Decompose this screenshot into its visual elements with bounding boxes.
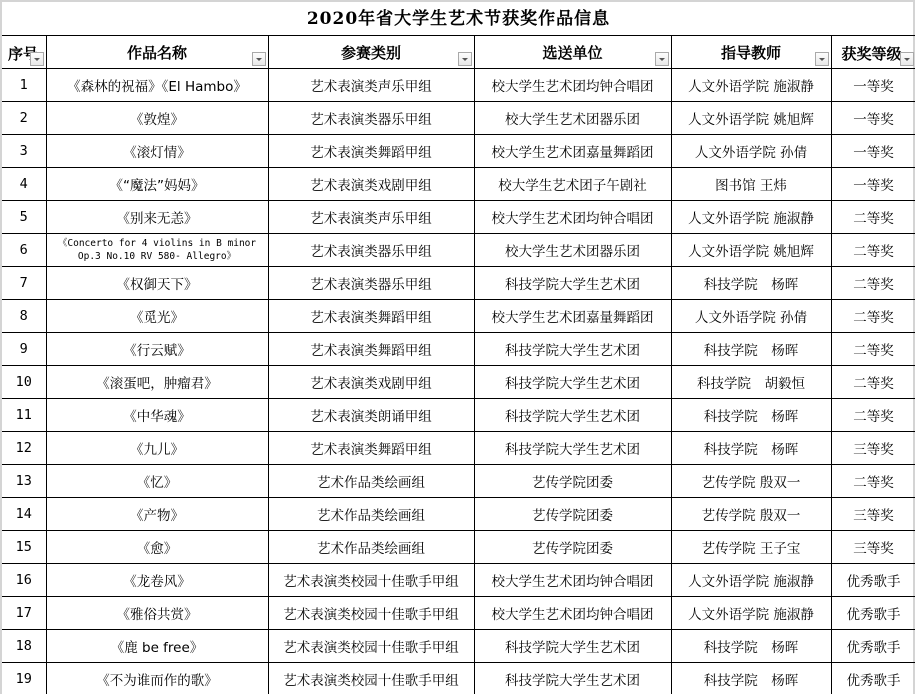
cell-award[interactable]: 优秀歌手 xyxy=(831,630,915,663)
cell-no[interactable]: 1 xyxy=(2,69,46,102)
spreadsheet: 2020年省大学生艺术节获奖作品信息 序号 作品名称 参赛类别 xyxy=(0,0,915,694)
cell-work-title[interactable]: 《愈》 xyxy=(46,531,268,564)
table-row: 6《Concerto for 4 violins in B minor Op.3… xyxy=(2,234,915,267)
filter-dropdown-icon[interactable] xyxy=(252,52,266,66)
cell-award[interactable]: 三等奖 xyxy=(831,531,915,564)
cell-unit[interactable]: 校大学生艺术团均钟合唱团 xyxy=(474,69,671,102)
cell-category[interactable]: 艺术作品类绘画组 xyxy=(268,531,474,564)
cell-unit[interactable]: 艺传学院团委 xyxy=(474,498,671,531)
cell-teacher[interactable]: 人文外语学院 孙倩 xyxy=(671,300,831,333)
cell-teacher[interactable]: 科技学院 杨晖 xyxy=(671,663,831,694)
cell-no[interactable]: 13 xyxy=(2,465,46,498)
cell-category[interactable]: 艺术表演类声乐甲组 xyxy=(268,69,474,102)
cell-unit[interactable]: 科技学院大学生艺术团 xyxy=(474,663,671,694)
filter-dropdown-icon[interactable] xyxy=(900,52,914,66)
cell-no[interactable]: 8 xyxy=(2,300,46,333)
cell-teacher[interactable]: 科技学院 杨晖 xyxy=(671,399,831,432)
cell-teacher[interactable]: 人文外语学院 施淑静 xyxy=(671,564,831,597)
cell-teacher[interactable]: 科技学院 杨晖 xyxy=(671,333,831,366)
cell-award[interactable]: 二等奖 xyxy=(831,300,915,333)
cell-unit[interactable]: 艺传学院团委 xyxy=(474,465,671,498)
cell-category[interactable]: 艺术作品类绘画组 xyxy=(268,465,474,498)
cell-no[interactable]: 18 xyxy=(2,630,46,663)
cell-award[interactable]: 一等奖 xyxy=(831,135,915,168)
cell-category[interactable]: 艺术作品类绘画组 xyxy=(268,498,474,531)
table-row: 11《中华魂》艺术表演类朗诵甲组科技学院大学生艺术团科技学院 杨晖二等奖 xyxy=(2,399,915,432)
table-row: 2《敦煌》艺术表演类器乐甲组校大学生艺术团器乐团人文外语学院 姚旭辉一等奖 xyxy=(2,102,915,135)
cell-no[interactable]: 5 xyxy=(2,201,46,234)
cell-work-title[interactable]: 《Concerto for 4 violins in B minor Op.3 … xyxy=(46,234,268,267)
cell-work-title[interactable]: 《“魔法”妈妈》 xyxy=(46,168,268,201)
cell-category[interactable]: 艺术表演类舞蹈甲组 xyxy=(268,333,474,366)
cell-work-title[interactable]: 《觅光》 xyxy=(46,300,268,333)
cell-teacher[interactable]: 图书馆 王炜 xyxy=(671,168,831,201)
cell-award[interactable]: 二等奖 xyxy=(831,267,915,300)
header-row: 序号 作品名称 参赛类别 选送单位 指导教师 xyxy=(2,36,915,69)
cell-no[interactable]: 7 xyxy=(2,267,46,300)
cell-category[interactable]: 艺术表演类器乐甲组 xyxy=(268,102,474,135)
cell-unit[interactable]: 科技学院大学生艺术团 xyxy=(474,399,671,432)
cell-work-title[interactable]: 《九儿》 xyxy=(46,432,268,465)
cell-teacher[interactable]: 人文外语学院 孙倩 xyxy=(671,135,831,168)
cell-award[interactable]: 二等奖 xyxy=(831,366,915,399)
cell-award[interactable]: 优秀歌手 xyxy=(831,564,915,597)
cell-category[interactable]: 艺术表演类器乐甲组 xyxy=(268,234,474,267)
column-header-unit: 选送单位 xyxy=(474,36,671,69)
cell-work-title[interactable]: 《行云赋》 xyxy=(46,333,268,366)
cell-no[interactable]: 11 xyxy=(2,399,46,432)
cell-work-title[interactable]: 《森林的祝福》《El Hambo》 xyxy=(46,69,268,102)
cell-category[interactable]: 艺术表演类器乐甲组 xyxy=(268,267,474,300)
cell-unit[interactable]: 科技学院大学生艺术团 xyxy=(474,267,671,300)
cell-category[interactable]: 艺术表演类校园十佳歌手甲组 xyxy=(268,663,474,694)
column-header-label: 指导教师 xyxy=(721,42,781,63)
cell-no[interactable]: 19 xyxy=(2,663,46,694)
cell-category[interactable]: 艺术表演类校园十佳歌手甲组 xyxy=(268,597,474,630)
cell-category[interactable]: 艺术表演类校园十佳歌手甲组 xyxy=(268,630,474,663)
table-row: 9《行云赋》艺术表演类舞蹈甲组科技学院大学生艺术团科技学院 杨晖二等奖 xyxy=(2,333,915,366)
table-row: 8《觅光》艺术表演类舞蹈甲组校大学生艺术团嘉量舞蹈团人文外语学院 孙倩二等奖 xyxy=(2,300,915,333)
cell-unit[interactable]: 校大学生艺术团器乐团 xyxy=(474,102,671,135)
column-header-label: 获奖等级 xyxy=(842,43,902,64)
cell-no[interactable]: 3 xyxy=(2,135,46,168)
table-row: 16《龙卷风》艺术表演类校园十佳歌手甲组校大学生艺术团均钟合唱团人文外语学院 施… xyxy=(2,564,915,597)
cell-category[interactable]: 艺术表演类戏剧甲组 xyxy=(268,168,474,201)
column-header-label: 选送单位 xyxy=(542,42,602,63)
cell-unit[interactable]: 校大学生艺术团器乐团 xyxy=(474,234,671,267)
cell-unit[interactable]: 科技学院大学生艺术团 xyxy=(474,432,671,465)
cell-no[interactable]: 2 xyxy=(2,102,46,135)
cell-no[interactable]: 15 xyxy=(2,531,46,564)
column-header-no: 序号 xyxy=(2,36,46,69)
cell-unit[interactable]: 艺传学院团委 xyxy=(474,531,671,564)
table-row: 1《森林的祝福》《El Hambo》艺术表演类声乐甲组校大学生艺术团均钟合唱团人… xyxy=(2,69,915,102)
filter-dropdown-icon[interactable] xyxy=(655,52,669,66)
cell-work-title[interactable]: 《忆》 xyxy=(46,465,268,498)
table-row: 5《别来无恙》艺术表演类声乐甲组校大学生艺术团均钟合唱团人文外语学院 施淑静二等… xyxy=(2,201,915,234)
cell-award[interactable]: 优秀歌手 xyxy=(831,663,915,694)
cell-teacher[interactable]: 人文外语学院 施淑静 xyxy=(671,597,831,630)
cell-unit[interactable]: 科技学院大学生艺术团 xyxy=(474,630,671,663)
cell-teacher[interactable]: 艺传学院 殷双一 xyxy=(671,498,831,531)
cell-work-title[interactable]: 《龙卷风》 xyxy=(46,564,268,597)
table-row: 12《九儿》艺术表演类舞蹈甲组科技学院大学生艺术团科技学院 杨晖三等奖 xyxy=(2,432,915,465)
table-row: 4《“魔法”妈妈》艺术表演类戏剧甲组校大学生艺术团子午剧社图书馆 王炜一等奖 xyxy=(2,168,915,201)
column-header-work: 作品名称 xyxy=(46,36,268,69)
table-row: 14《产物》艺术作品类绘画组艺传学院团委艺传学院 殷双一三等奖 xyxy=(2,498,915,531)
column-header-category: 参赛类别 xyxy=(268,36,474,69)
cell-no[interactable]: 12 xyxy=(2,432,46,465)
table-row: 7《权御天下》艺术表演类器乐甲组科技学院大学生艺术团科技学院 杨晖二等奖 xyxy=(2,267,915,300)
cell-teacher[interactable]: 艺传学院 殷双一 xyxy=(671,465,831,498)
cell-unit[interactable]: 校大学生艺术团均钟合唱团 xyxy=(474,597,671,630)
column-header-teacher: 指导教师 xyxy=(671,36,831,69)
cell-category[interactable]: 艺术表演类校园十佳歌手甲组 xyxy=(268,564,474,597)
table-row: 15《愈》艺术作品类绘画组艺传学院团委艺传学院 王子宝三等奖 xyxy=(2,531,915,564)
filter-dropdown-icon[interactable] xyxy=(30,52,44,66)
cell-category[interactable]: 艺术表演类舞蹈甲组 xyxy=(268,432,474,465)
cell-award[interactable]: 二等奖 xyxy=(831,465,915,498)
filter-dropdown-icon[interactable] xyxy=(815,52,829,66)
filter-dropdown-icon[interactable] xyxy=(458,52,472,66)
cell-award[interactable]: 二等奖 xyxy=(831,399,915,432)
cell-category[interactable]: 艺术表演类舞蹈甲组 xyxy=(268,135,474,168)
table-row: 17《雅俗共赏》艺术表演类校园十佳歌手甲组校大学生艺术团均钟合唱团人文外语学院 … xyxy=(2,597,915,630)
cell-unit[interactable]: 科技学院大学生艺术团 xyxy=(474,333,671,366)
cell-award[interactable]: 二等奖 xyxy=(831,201,915,234)
cell-work-title[interactable]: 《雅俗共赏》 xyxy=(46,597,268,630)
cell-teacher[interactable]: 人文外语学院 施淑静 xyxy=(671,69,831,102)
cell-teacher[interactable]: 科技学院 杨晖 xyxy=(671,630,831,663)
cell-work-title[interactable]: 《产物》 xyxy=(46,498,268,531)
column-header-award: 获奖等级 xyxy=(831,36,915,69)
table-row: 13《忆》艺术作品类绘画组艺传学院团委艺传学院 殷双一二等奖 xyxy=(2,465,915,498)
cell-no[interactable]: 16 xyxy=(2,564,46,597)
table-row: 18《鹿 be free》艺术表演类校园十佳歌手甲组科技学院大学生艺术团科技学院… xyxy=(2,630,915,663)
cell-work-title[interactable]: 《滚蛋吧，肿瘤君》 xyxy=(46,366,268,399)
cell-teacher[interactable]: 科技学院 胡毅恒 xyxy=(671,366,831,399)
cell-work-title[interactable]: 《权御天下》 xyxy=(46,267,268,300)
cell-category[interactable]: 艺术表演类舞蹈甲组 xyxy=(268,300,474,333)
cell-unit[interactable]: 校大学生艺术团均钟合唱团 xyxy=(474,564,671,597)
cell-award[interactable]: 优秀歌手 xyxy=(831,597,915,630)
column-header-label: 作品名称 xyxy=(127,42,187,63)
cell-no[interactable]: 6 xyxy=(2,234,46,267)
cell-work-title[interactable]: 《别来无恙》 xyxy=(46,201,268,234)
cell-no[interactable]: 9 xyxy=(2,333,46,366)
cell-unit[interactable]: 科技学院大学生艺术团 xyxy=(474,366,671,399)
cell-award[interactable]: 三等奖 xyxy=(831,432,915,465)
cell-no[interactable]: 10 xyxy=(2,366,46,399)
cell-no[interactable]: 4 xyxy=(2,168,46,201)
cell-teacher[interactable]: 艺传学院 王子宝 xyxy=(671,531,831,564)
cell-unit[interactable]: 校大学生艺术团嘉量舞蹈团 xyxy=(474,135,671,168)
cell-award[interactable]: 一等奖 xyxy=(831,168,915,201)
cell-award[interactable]: 一等奖 xyxy=(831,102,915,135)
column-header-label: 参赛类别 xyxy=(341,42,401,63)
cell-work-title[interactable]: 《敦煌》 xyxy=(46,102,268,135)
cell-award[interactable]: 二等奖 xyxy=(831,234,915,267)
cell-work-title[interactable]: 《不为谁而作的歌》 xyxy=(46,663,268,694)
cell-award[interactable]: 三等奖 xyxy=(831,498,915,531)
table-row: 3《滚灯情》艺术表演类舞蹈甲组校大学生艺术团嘉量舞蹈团人文外语学院 孙倩一等奖 xyxy=(2,135,915,168)
cell-work-title[interactable]: 《滚灯情》 xyxy=(46,135,268,168)
cell-no[interactable]: 17 xyxy=(2,597,46,630)
cell-work-title[interactable]: 《中华魂》 xyxy=(46,399,268,432)
cell-award[interactable]: 二等奖 xyxy=(831,333,915,366)
cell-work-title[interactable]: 《鹿 be free》 xyxy=(46,630,268,663)
cell-award[interactable]: 一等奖 xyxy=(831,69,915,102)
cell-teacher[interactable]: 人文外语学院 姚旭辉 xyxy=(671,234,831,267)
table-row: 10《滚蛋吧，肿瘤君》艺术表演类戏剧甲组科技学院大学生艺术团科技学院 胡毅恒二等… xyxy=(2,366,915,399)
cell-unit[interactable]: 校大学生艺术团均钟合唱团 xyxy=(474,201,671,234)
sheet-title: 2020年省大学生艺术节获奖作品信息 xyxy=(2,4,915,35)
cell-teacher[interactable]: 人文外语学院 姚旭辉 xyxy=(671,102,831,135)
cell-category[interactable]: 艺术表演类朗诵甲组 xyxy=(268,399,474,432)
cell-teacher[interactable]: 科技学院 杨晖 xyxy=(671,432,831,465)
cell-category[interactable]: 艺术表演类戏剧甲组 xyxy=(268,366,474,399)
cell-teacher[interactable]: 科技学院 杨晖 xyxy=(671,267,831,300)
awards-table: 序号 作品名称 参赛类别 选送单位 指导教师 xyxy=(2,35,915,694)
cell-unit[interactable]: 校大学生艺术团子午剧社 xyxy=(474,168,671,201)
cell-category[interactable]: 艺术表演类声乐甲组 xyxy=(268,201,474,234)
cell-no[interactable]: 14 xyxy=(2,498,46,531)
table-row: 19《不为谁而作的歌》艺术表演类校园十佳歌手甲组科技学院大学生艺术团科技学院 杨… xyxy=(2,663,915,694)
cell-teacher[interactable]: 人文外语学院 施淑静 xyxy=(671,201,831,234)
cell-unit[interactable]: 校大学生艺术团嘉量舞蹈团 xyxy=(474,300,671,333)
